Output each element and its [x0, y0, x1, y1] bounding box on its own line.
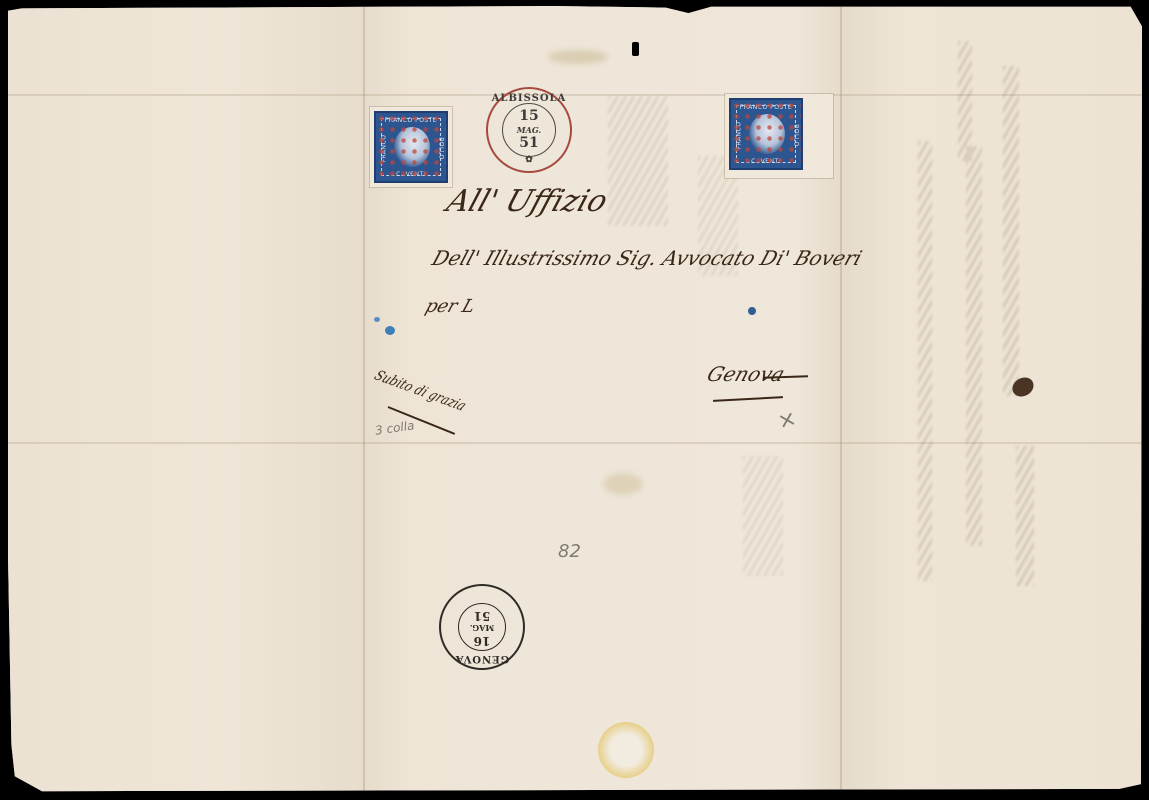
postmark-year: 51	[488, 135, 570, 151]
letter-sheet: FRANCO POSTE FRANCO BOLLO C. VENTI FRANC…	[8, 6, 1142, 792]
fold-line	[363, 6, 365, 792]
blue-ink-dot	[374, 317, 380, 322]
cancel-dots	[376, 113, 446, 181]
right-panel	[841, 6, 1142, 792]
postmark-month: MAG.	[441, 623, 523, 633]
postmark-town: ALBISSOLA	[488, 93, 570, 104]
ink-bleed	[608, 96, 668, 226]
postmark-day: 16	[441, 634, 523, 648]
ink-bleed	[918, 141, 932, 581]
address-line-3: per L	[423, 296, 478, 317]
address-city: Genova	[704, 362, 788, 386]
postmark-year: 51	[441, 609, 523, 623]
cancel-dots	[731, 100, 801, 168]
address-line-1: All' Uffizio	[442, 184, 612, 219]
blue-ink-dot	[748, 307, 756, 315]
ink-bleed	[743, 456, 783, 576]
stamp-right: FRANCO POSTE FRANCO BOLLO C. VENTI	[725, 94, 833, 178]
postmark-town: GENOVA	[441, 653, 523, 664]
stamp-left: FRANCO POSTE FRANCO BOLLO C. VENTI	[370, 107, 452, 187]
ink-bleed	[966, 146, 982, 546]
paper-tear	[632, 42, 639, 56]
postmark-day: 15	[488, 108, 570, 124]
pencil-number: 82	[558, 541, 581, 562]
ink-bleed	[1016, 446, 1034, 586]
wax-seal-remnant	[598, 722, 654, 778]
ink-bleed	[958, 41, 972, 161]
postmark-origin: ALBISSOLA 15 MAG. 51 ✿	[486, 87, 572, 173]
blue-ink-dot	[385, 326, 395, 335]
fold-line	[840, 6, 842, 792]
postmark-ornament: ✿	[488, 155, 570, 165]
address-line-2: Dell' Illustrissimo Sig. Avvocato Di' Bo…	[429, 246, 865, 270]
postmark-arrival: GENOVA 16 MAG. 51	[439, 584, 525, 670]
postmark-month: MAG.	[488, 125, 570, 135]
paper-stain	[548, 50, 608, 64]
ink-bleed	[1003, 66, 1019, 396]
paper-stain	[603, 473, 643, 495]
left-panel	[8, 6, 363, 792]
